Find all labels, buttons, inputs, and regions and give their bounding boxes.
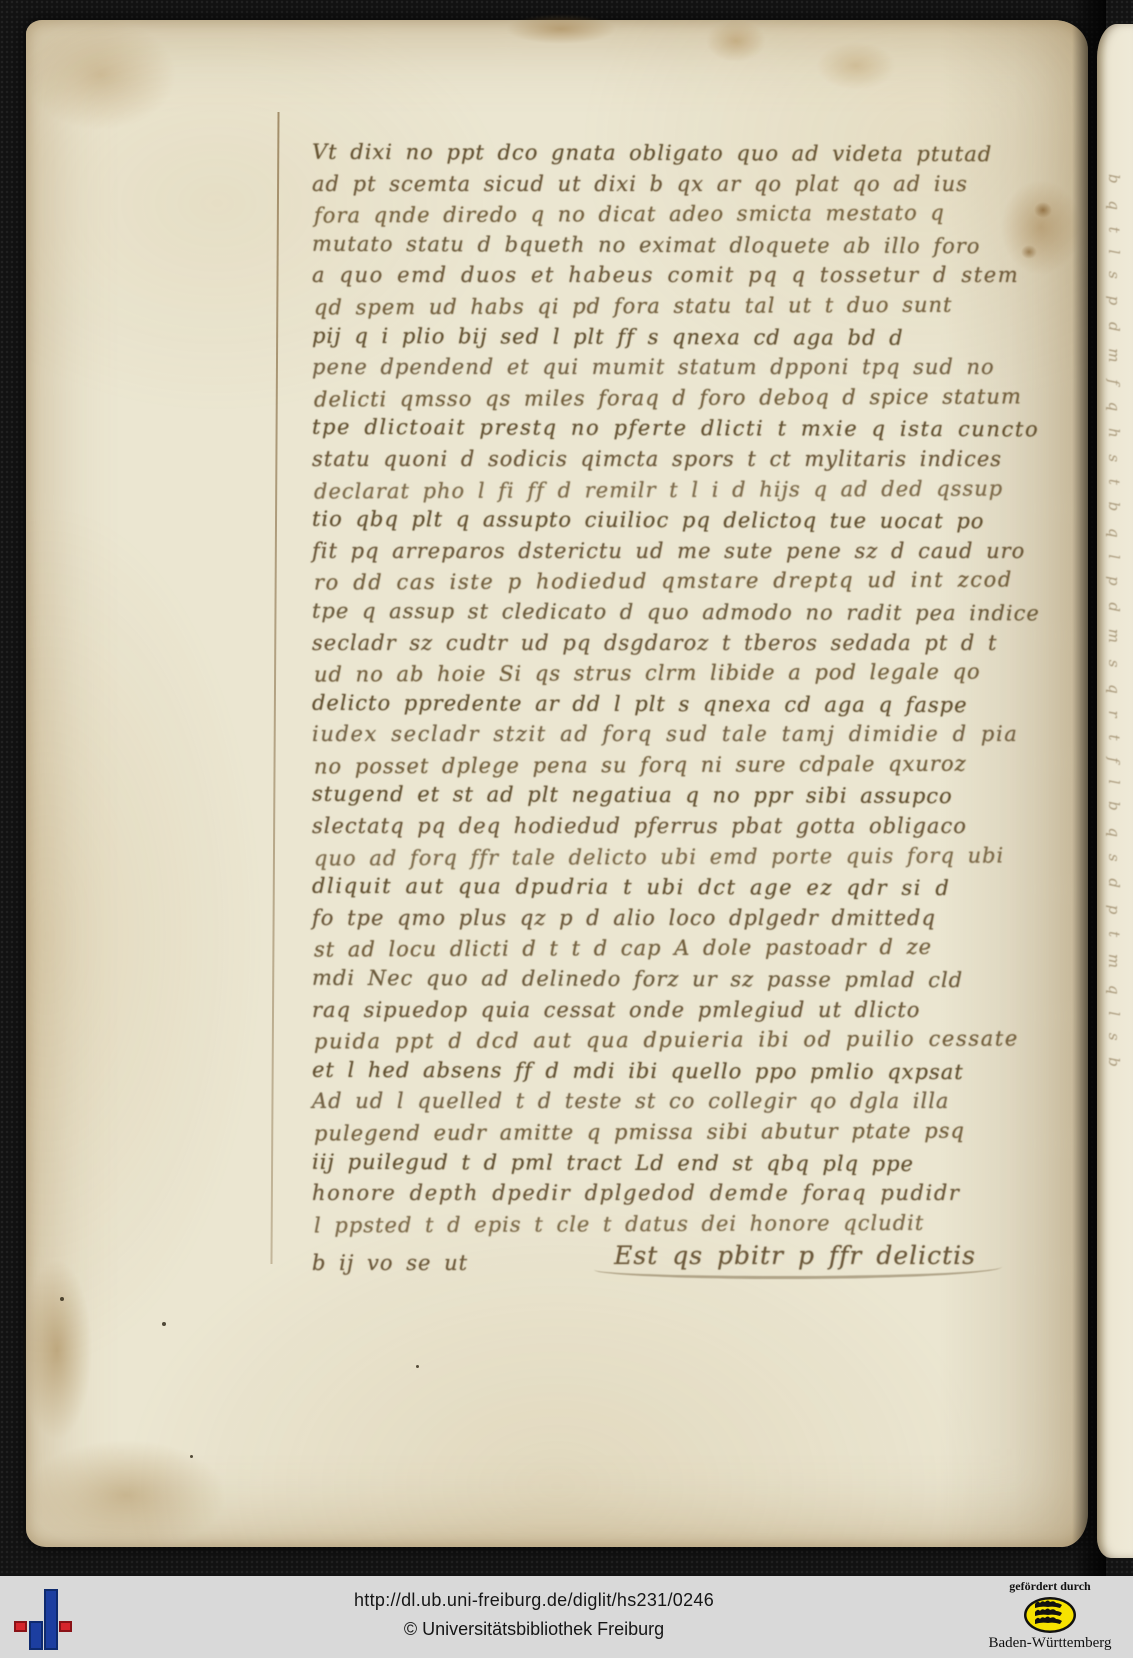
stain	[26, 1440, 226, 1550]
manuscript-text-line: quo ad forq ffr tale delicto ubi emd por…	[314, 840, 1004, 874]
manuscript-text-line: st ad locu dlicti d t t d cap A dole pas…	[314, 932, 1004, 966]
manuscript-text-line: a quo emd duos et habeus comit pq q toss…	[312, 260, 1002, 291]
manuscript-text-line: ud no ab hoie Si qs strus clrm libide a …	[314, 657, 1004, 691]
funder-label: gefördert durch	[985, 1579, 1115, 1594]
manuscript-text-line: no posset dplege pena su forq ni sure cd…	[314, 748, 1004, 782]
manuscript-text-block: Vt dixi no ppt dco gnata obligato quo ad…	[312, 138, 1002, 1279]
footer-url: http://dl.ub.uni-freiburg.de/diglit/hs23…	[0, 1590, 1084, 1611]
manuscript-text-line: secladr sz cudtr ud pq dsgdaroz t tberos…	[312, 628, 1002, 659]
final-line-left: b ij vo se ut	[312, 1248, 468, 1279]
facing-page-script: b q t l s p d m f q h s t b q l p d m s …	[1105, 174, 1123, 1474]
footer-copyright: © Universitätsbibliothek Freiburg	[0, 1619, 1084, 1640]
manuscript-text-line: fo tpe qmo plus qz p d alio loco dplgedr…	[312, 903, 1002, 934]
stain	[1001, 180, 1081, 275]
manuscript-page: Vt dixi no ppt dco gnata obligato quo ad…	[26, 20, 1088, 1547]
manuscript-final-line: b ij vo se ut Est qs pbitr p ffr delicti…	[312, 1241, 1002, 1279]
manuscript-text-line: tpe dlictoait prestq no pferte dlicti t …	[312, 412, 1002, 445]
manuscript-text-line: honore depth dpedir dplgedod demde foraq…	[312, 1178, 1002, 1209]
manuscript-text-line: stugend et st ad plt negatiua q no ppr s…	[312, 779, 1002, 812]
manuscript-text-line: puida ppt d dcd aut qua dpuieria ibi od …	[314, 1024, 1004, 1058]
manuscript-text-line: l ppsted t d epis t cle t datus dei hono…	[314, 1207, 1004, 1241]
manuscript-text-line: ad pt scemta sicud ut dixi b qx ar qo pl…	[312, 169, 1002, 200]
speck	[162, 1322, 166, 1326]
stain	[816, 42, 896, 90]
manuscript-text-line: et l hed absens ff d mdi ibi quello ppo …	[312, 1055, 1002, 1088]
manuscript-text-line: declarat pho l fi ff d remilr t l i d hi…	[314, 473, 1004, 507]
margin-ruling-line	[270, 112, 279, 1264]
manuscript-text-line: ro dd cas iste p hodiedud qmstare dreptq…	[314, 565, 1004, 599]
stain	[1021, 245, 1037, 259]
stain	[26, 20, 176, 130]
facing-page-edge: b q t l s p d m f q h s t b q l p d m s …	[1097, 24, 1133, 1558]
manuscript-text-line: pij q i plio bij sed l plt ff s qnexa cd…	[312, 320, 1002, 353]
manuscript-text-line: dliquit aut qua dpudria t ubi dct age ez…	[312, 871, 1002, 904]
manuscript-text-line: delicto ppredente ar dd l plt s qnexa cd…	[312, 687, 1002, 720]
manuscript-text-line: Vt dixi no ppt dco gnata obligato quo ad…	[312, 137, 1002, 170]
manuscript-text-line: pulegend eudr amitte q pmissa sibi abutu…	[314, 1115, 1004, 1149]
manuscript-text-line: delicti qmsso qs miles foraq d foro debo…	[314, 381, 1004, 415]
footer-bar: http://dl.ub.uni-freiburg.de/diglit/hs23…	[0, 1576, 1133, 1658]
manuscript-text-line: statu quoni d sodicis qimcta spors t ct …	[312, 444, 1002, 475]
manuscript-text-line: iudex secladr stzit ad forq sud tale tam…	[312, 719, 1002, 750]
manuscript-text-line: tpe q assup st cledicato d quo admodo no…	[312, 596, 1002, 629]
manuscript-text-line: fora qnde diredo q no dicat adeo smicta …	[314, 198, 1004, 232]
speck	[60, 1297, 64, 1301]
manuscript-text-line: pene dpendend et qui mumit statum dpponi…	[312, 352, 1002, 383]
manuscript-text-line: raq sipuedop quia cessat onde pmlegiud u…	[312, 995, 1002, 1026]
manuscript-text-line: slectatq pq deq hodiedud pferrus pbat go…	[312, 811, 1002, 842]
stain	[22, 1260, 92, 1440]
speck	[416, 1365, 419, 1368]
manuscript-text-line: mdi Nec quo ad delinedo forz ur sz passe…	[312, 963, 1002, 996]
speck	[190, 1455, 193, 1458]
footer-caption: http://dl.ub.uni-freiburg.de/diglit/hs23…	[0, 1590, 1084, 1640]
final-line-flourish: Est qs pbitr p ffr delictis	[594, 1241, 1002, 1279]
manuscript-text-line: Ad ud l quelled t d teste st co collegir…	[312, 1086, 1002, 1117]
stain	[706, 20, 766, 62]
funder-name: Baden-Württemberg	[985, 1635, 1115, 1652]
baden-wuerttemberg-coat-of-arms-icon	[1023, 1596, 1077, 1634]
manuscript-text-line: iij puilegud t d pml tract Ld end st qbq…	[312, 1146, 1002, 1179]
manuscript-text-line: mutato statu d bqueth no eximat dloquete…	[312, 229, 1002, 262]
manuscript-text-line: fit pq arreparos dsterictu ud me sute pe…	[312, 536, 1002, 567]
manuscript-text-lines: Vt dixi no ppt dco gnata obligato quo ad…	[312, 138, 1002, 1239]
stain	[1034, 202, 1052, 218]
funder-block: gefördert durch Baden-Württemberg	[985, 1579, 1115, 1652]
manuscript-text-line: tio qbq plt q assupto ciuilioc pq delict…	[312, 504, 1002, 537]
manuscript-text-line: qd spem ud habs qi pd fora statu tal ut …	[314, 289, 1004, 323]
